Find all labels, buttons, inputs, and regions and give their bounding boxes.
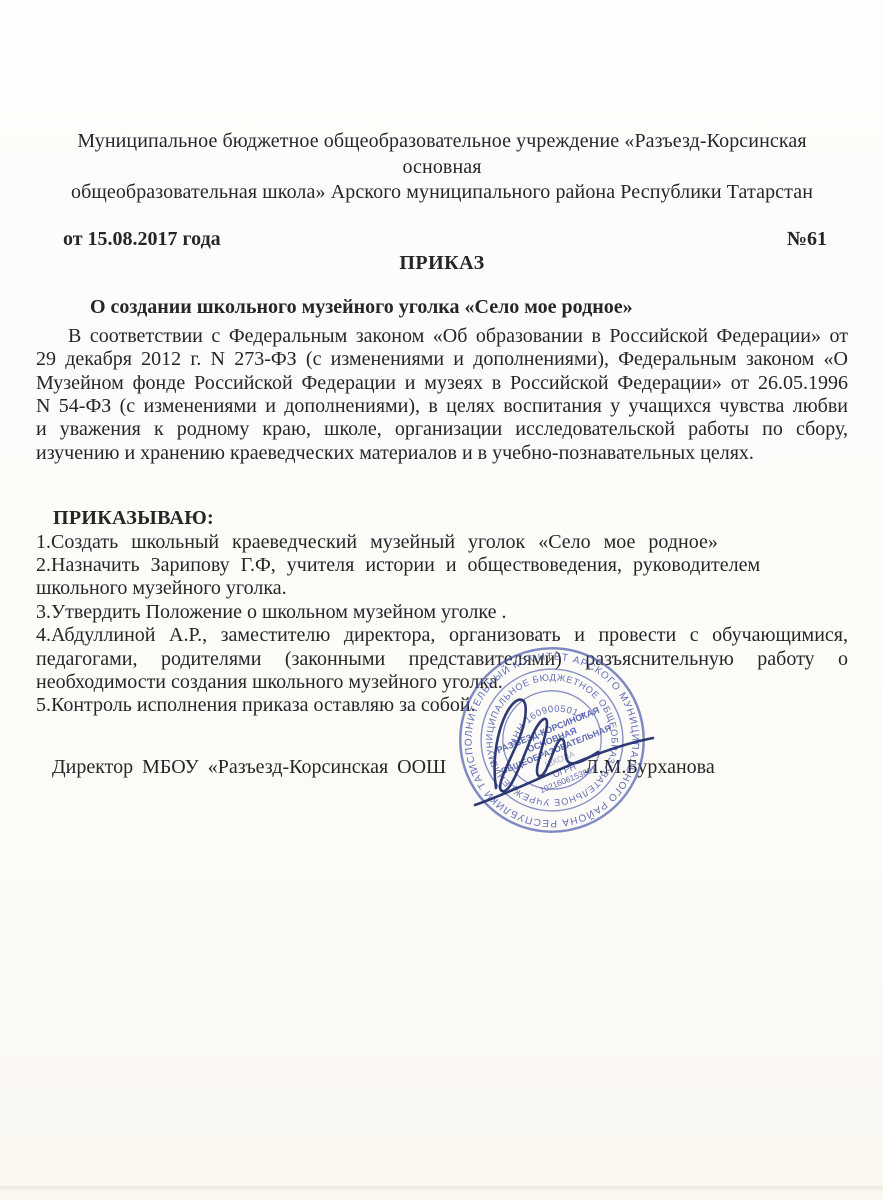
header-line-2: общеобразовательная школа» Арского муниц… [36,180,848,206]
document-page: Муниципальное бюджетное общеобразователь… [0,0,883,1200]
scan-artifact-line [0,1186,883,1190]
preamble-line: Музейном фонде Российской Федерации и му… [36,372,848,395]
order-item-line: 2.Назначить Зарипову Г.Ф, учителя истори… [36,554,848,577]
signature-block: Директор МБОУ «Разъезд-Корсинская ООШ Л.… [36,756,848,780]
order-item-line: педагогами, родителями (законными предст… [36,648,848,671]
order-preamble: В соответствии с Федеральным законом «Об… [36,325,848,465]
order-date: от 15.08.2017 года [36,228,221,251]
header-line-1: Муниципальное бюджетное общеобразователь… [36,129,848,180]
order-subject: О создании школьного музейного уголка «С… [36,296,848,319]
signature-role: Директор МБОУ «Разъезд-Корсинская ООШ [52,756,446,778]
order-item-line: необходимости создания школьного музейно… [36,671,848,694]
preamble-line: В соответствии с Федеральным законом «Об… [36,325,848,348]
order-meta-row: от 15.08.2017 года №61 [36,228,848,251]
order-directive-heading: ПРИКАЗЫВАЮ: [36,507,848,530]
preamble-line: изучению и хранению краеведческих матери… [36,442,848,465]
document-header: Муниципальное бюджетное общеобразователь… [36,129,848,206]
signature-name: Л.М.Бурханова [585,756,715,779]
preamble-line: N 54-ФЗ (с изменениями и дополнениями), … [36,395,848,418]
preamble-line: 29 декабря 2012 г. N 273-ФЗ (с изменения… [36,348,848,371]
order-number: №61 [787,228,848,251]
document-content: Муниципальное бюджетное общеобразователь… [36,0,848,780]
order-title: ПРИКАЗ [36,252,848,275]
order-item-line: 4.Абдуллиной А.Р., заместителю директора… [36,624,848,647]
order-item-line: 3.Утвердить Положение о школьном музейно… [36,601,848,624]
preamble-line: и уважения к родному краю, школе, органи… [36,418,848,441]
order-item-line: школьного музейного уголка. [36,577,848,600]
order-item-line: 1.Создать школьный краеведческий музейны… [36,531,848,554]
order-items: 1.Создать школьный краеведческий музейны… [36,531,848,718]
order-item-line: 5.Контроль исполнения приказа оставляю з… [36,694,848,717]
